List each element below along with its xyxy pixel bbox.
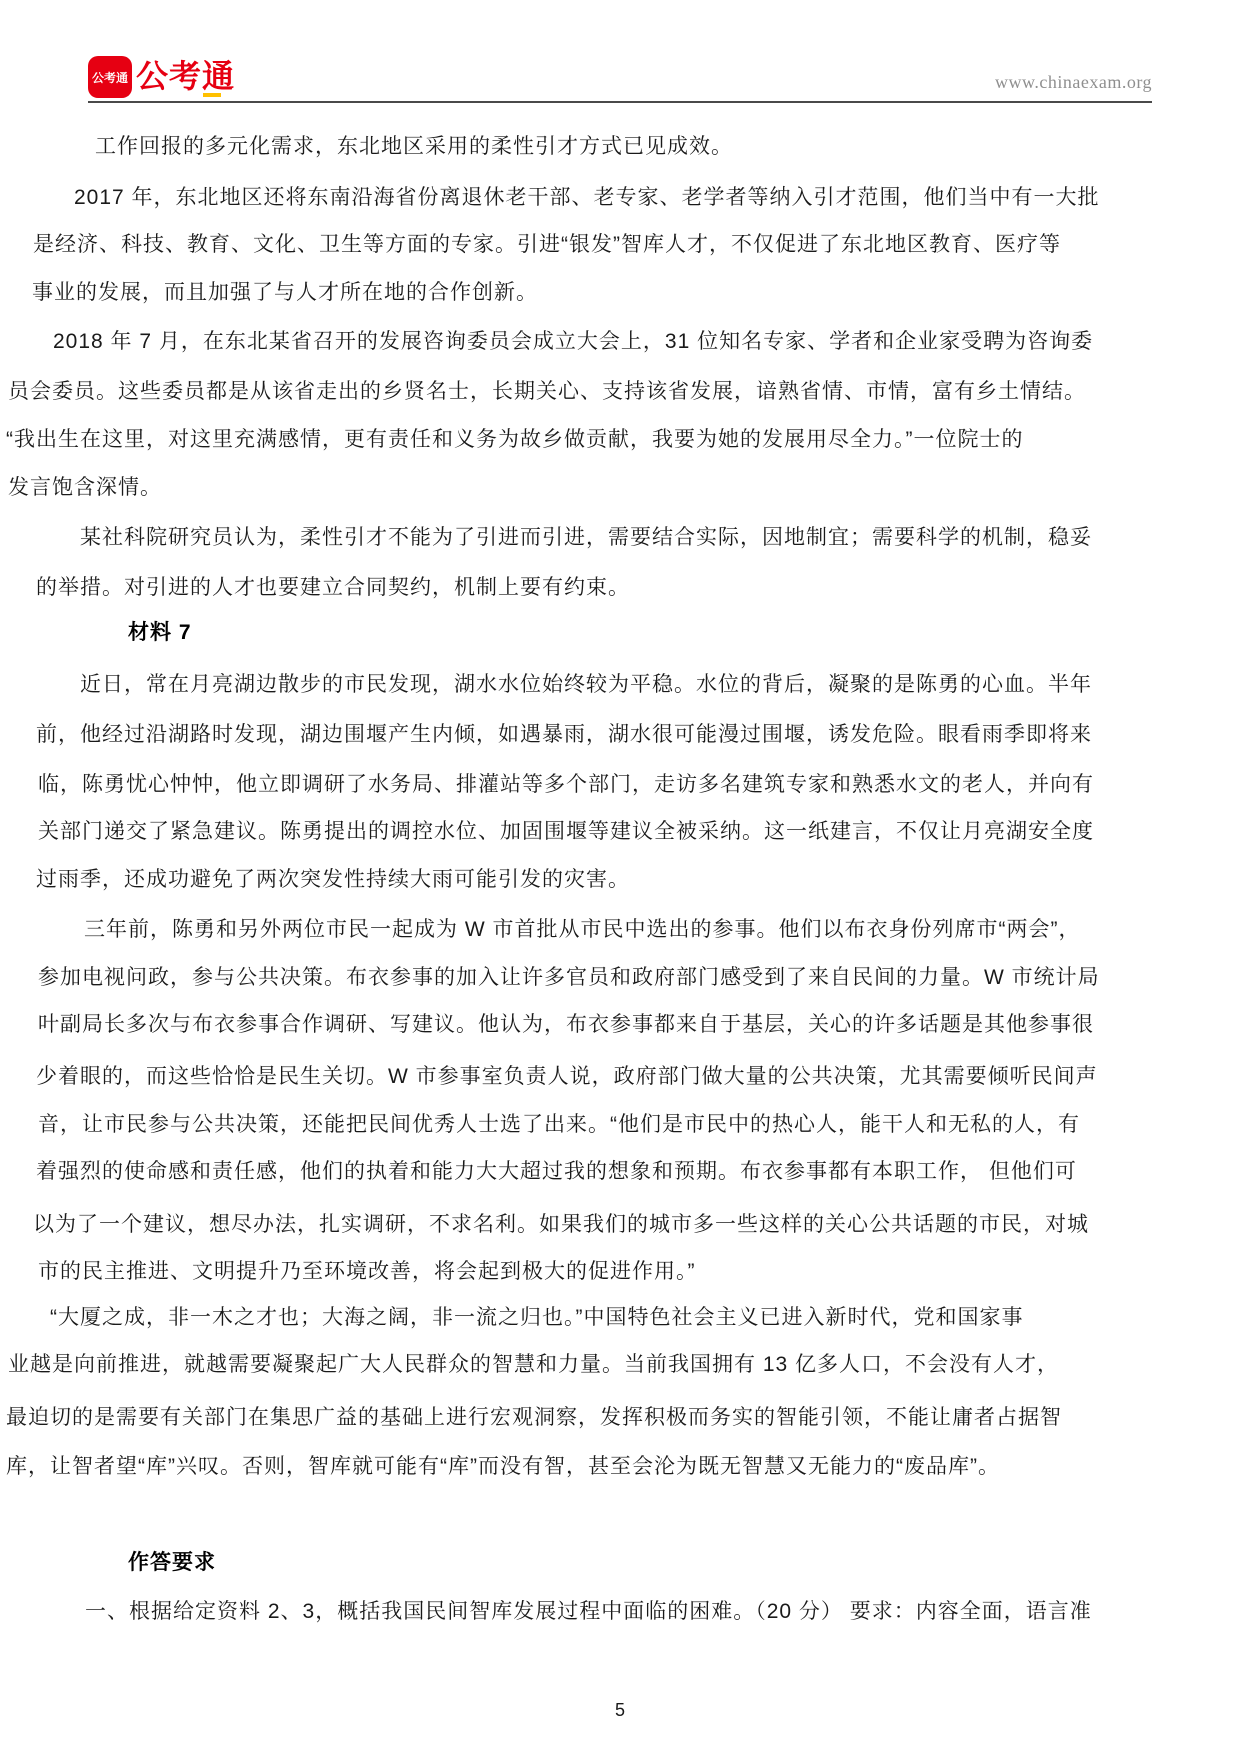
text-line: 2017 年，东北地区还将东南沿海省份离退休老干部、老专家、老学者等纳入引才范围… — [74, 185, 1100, 211]
text-line: 业越是向前推进，就越需要凝聚起广大人民群众的智慧和力量。当前我国拥有 13 亿多… — [8, 1352, 1059, 1378]
text-line: 的举措。对引进的人才也要建立合同契约，机制上要有约束。 — [36, 575, 630, 601]
document-page: 公考通 公考通 www.chinaexam.org 工作回报的多元化需求，东北地… — [0, 0, 1240, 1754]
text-line: 近日，常在月亮湖边散步的市民发现，湖水水位始终较为平稳。水位的背后，凝聚的是陈勇… — [80, 672, 1092, 698]
text-line: 参加电视问政，参与公共决策。布衣参事的加入让许多官员和政府部门感受到了来自民间的… — [38, 965, 1100, 991]
page-number: 5 — [0, 1700, 1240, 1721]
text-line: 事业的发展，而且加强了与人才所在地的合作创新。 — [32, 280, 538, 306]
text-line: 库，让智者望“库”兴叹。否则，智库就可能有“库”而没有智，甚至会沦为既无智慧又无… — [6, 1454, 1000, 1480]
text-line: 以为了一个建议，想尽办法，扎实调研，不求名利。如果我们的城市多一些这样的关心公共… — [33, 1212, 1089, 1238]
text-line: 少着眼的，而这些恰恰是民生关切。W 市参事室负责人说，政府部门做大量的公共决策，… — [36, 1064, 1098, 1090]
document-body: 工作回报的多元化需求，东北地区采用的柔性引才方式已见成效。2017 年，东北地区… — [0, 0, 1240, 1754]
text-line: 临，陈勇忧心忡忡，他立即调研了水务局、排灌站等多个部门，走访多名建筑专家和熟悉水… — [38, 772, 1094, 798]
text-line: 最迫切的是需要有关部门在集思广益的基础上进行宏观洞察，发挥积极而务实的智能引领，… — [6, 1405, 1062, 1431]
text-line: “我出生在这里，对这里充满感情，更有责任和义务为故乡做贡献，我要为她的发展用尽全… — [6, 427, 1023, 453]
text-line: 前，他经过沿湖路时发现，湖边围堰产生内倾，如遇暴雨，湖水很可能漫过围堰，诱发危险… — [36, 722, 1092, 748]
text-line: 一、根据给定资料 2、3，概括我国民间智库发展过程中面临的困难。（20 分） 要… — [85, 1599, 1092, 1625]
text-line: 员会委员。这些委员都是从该省走出的乡贤名士，长期关心、支持该省发展，谙熟省情、市… — [8, 379, 1086, 405]
text-line: “大厦之成，非一木之才也；大海之阔，非一流之归也。”中国特色社会主义已进入新时代… — [50, 1305, 1023, 1331]
text-line: 叶副局长多次与布衣参事合作调研、写建议。他认为，布衣参事都来自于基层，关心的许多… — [38, 1012, 1094, 1038]
text-line: 发言饱含深情。 — [8, 475, 162, 501]
text-line: 是经济、科技、教育、文化、卫生等方面的专家。引进“银发”智库人才，不仅促进了东北… — [33, 232, 1061, 258]
text-line: 三年前，陈勇和另外两位市民一起成为 W 市首批从市民中选出的参事。他们以布衣身份… — [84, 917, 1080, 943]
text-line: 某社科院研究员认为，柔性引才不能为了引进而引进，需要结合实际，因地制宜；需要科学… — [80, 525, 1092, 551]
text-line: 工作回报的多元化需求，东北地区采用的柔性引才方式已见成效。 — [95, 134, 733, 160]
text-line: 2018 年 7 月，在东北某省召开的发展咨询委员会成立大会上，31 位知名专家… — [53, 329, 1093, 355]
text-line: 音，让市民参与公共决策，还能把民间优秀人士选了出来。“他们是市民中的热心人，能干… — [38, 1112, 1080, 1138]
text-line: 关部门递交了紧急建议。陈勇提出的调控水位、加固围堰等建议全被采纳。这一纸建言，不… — [38, 819, 1094, 845]
text-line: 过雨季，还成功避免了两次突发性持续大雨可能引发的灾害。 — [36, 867, 630, 893]
section-heading: 作答要求 — [128, 1550, 216, 1576]
text-line: 着强烈的使命感和责任感，他们的执着和能力大大超过我的想象和预期。布衣参事都有本职… — [36, 1159, 1077, 1185]
text-line: 市的民主推进、文明提升乃至环境改善，将会起到极大的促进作用。” — [38, 1259, 696, 1285]
section-heading: 材料 7 — [128, 620, 192, 646]
